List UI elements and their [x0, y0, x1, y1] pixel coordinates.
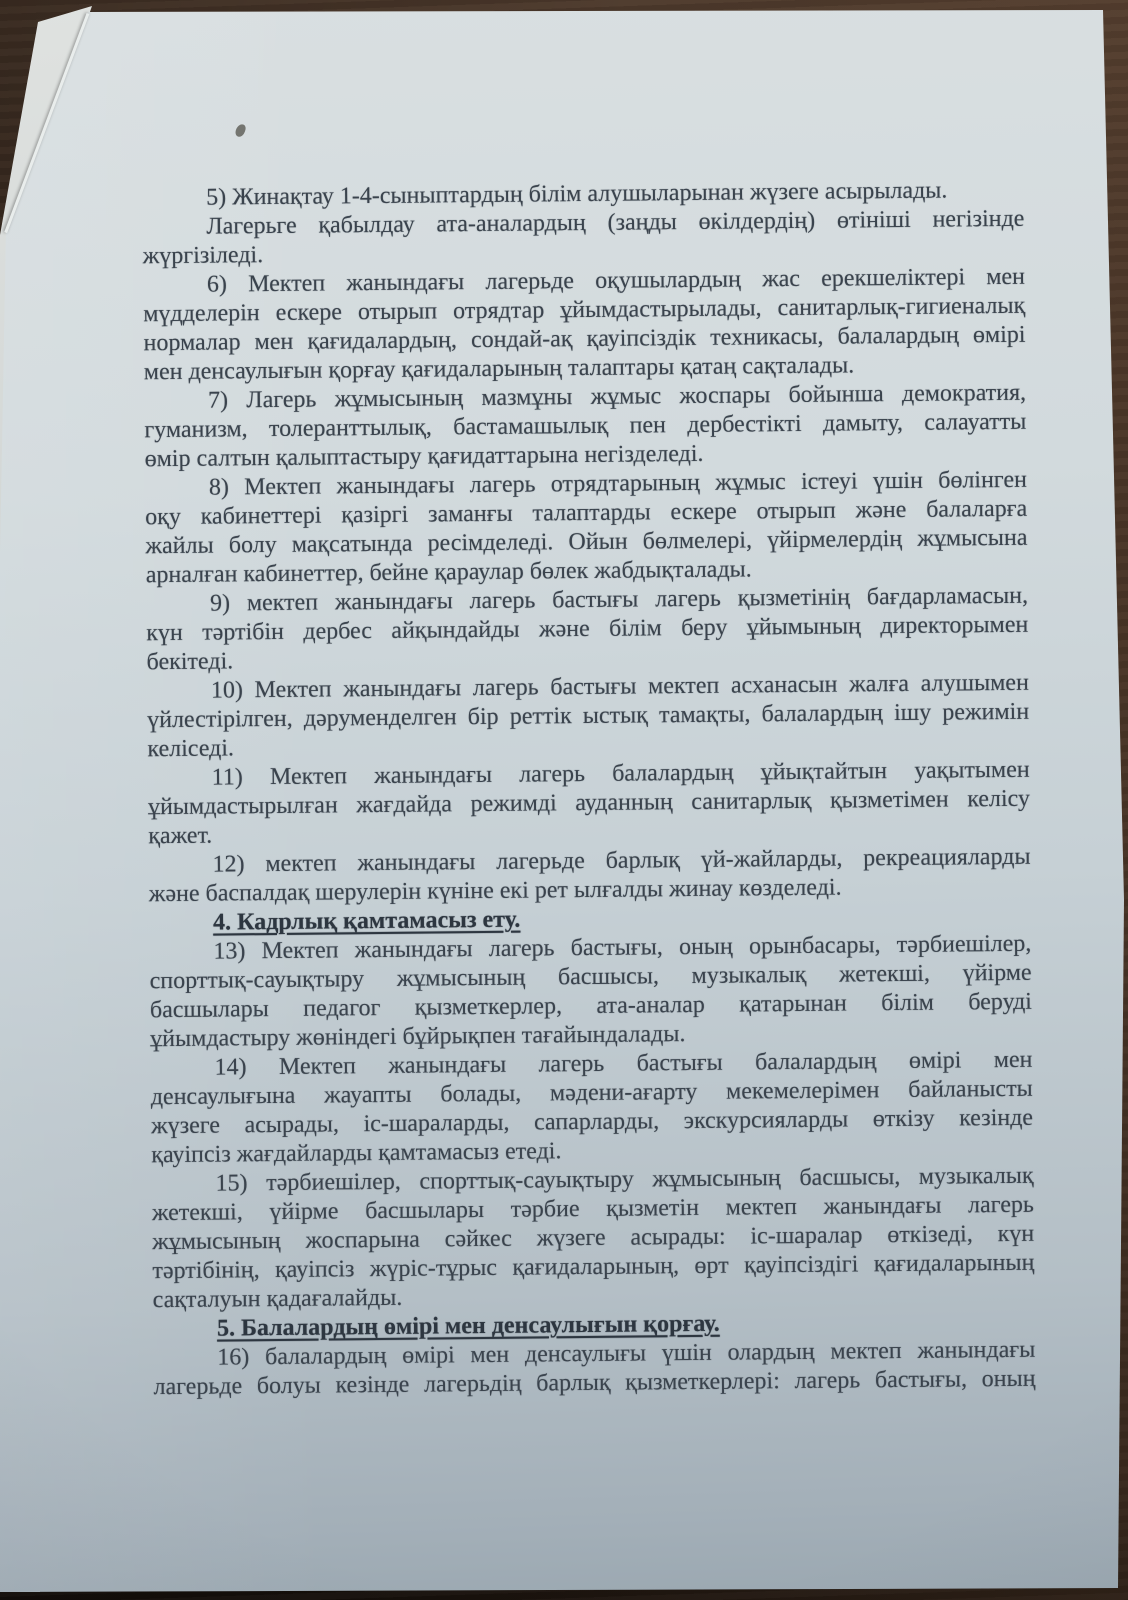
document-photo: 5) Жинақтау 1-4-сыныптардың білім алушыл…: [0, 0, 1128, 1600]
page-text: 5) Жинақтау 1-4-сыныптардың білім алушыл…: [142, 176, 1036, 1402]
